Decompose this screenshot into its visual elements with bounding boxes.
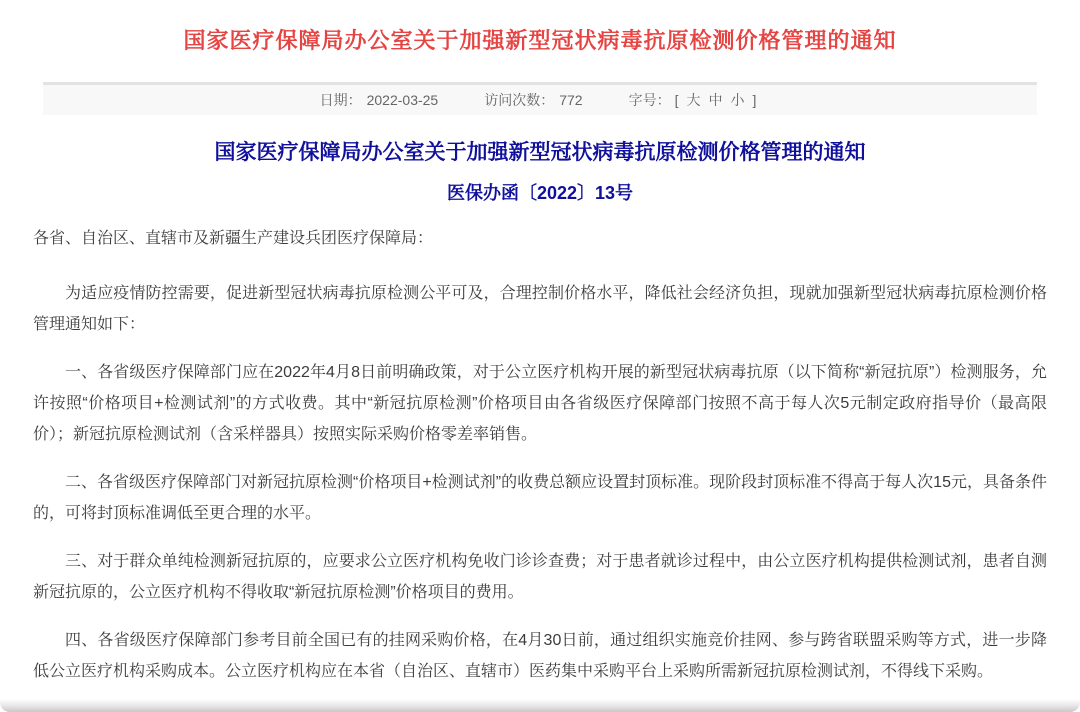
- date-label: 日期：: [320, 90, 362, 110]
- page-title: 国家医疗保障局办公室关于加强新型冠状病毒抗原检测价格管理的通知: [40, 26, 1040, 56]
- paragraph-intro: 为适应疫情防控需要，促进新型冠状病毒抗原检测公平可及，合理控制价格水平，降低社会…: [33, 278, 1047, 340]
- font-size-small-button[interactable]: 小: [730, 90, 744, 110]
- font-size-control: 字号： [ 大 中 小 ]: [629, 90, 761, 110]
- date-value: 2022-03-25: [367, 92, 439, 108]
- font-size-large-button[interactable]: 大: [686, 90, 700, 110]
- paragraph-item-2: 二、各省级医疗保障部门对新冠抗原检测“价格项目+检测试剂”的收费总额应设置封顶标…: [33, 467, 1047, 529]
- notice-page: 国家医疗保障局办公室关于加强新型冠状病毒抗原检测价格管理的通知 日期：2022-…: [0, 0, 1080, 712]
- bracket-open: [: [675, 92, 679, 108]
- paragraph-item-4: 四、各省级医疗保障部门参考目前全国已有的挂网采购价格，在4月30日前，通过组织实…: [33, 625, 1047, 687]
- paragraph-item-1: 一、各省级医疗保障部门应在2022年4月8日前明确政策，对于公立医疗机构开展的新…: [33, 357, 1047, 450]
- salutation: 各省、自治区、直辖市及新疆生产建设兵团医疗保障局：: [33, 223, 1047, 254]
- document-number: 医保办函〔2022〕13号: [60, 181, 1020, 205]
- visits-value: 772: [559, 92, 582, 108]
- paragraph-item-3: 三、对于群众单纯检测新冠抗原的，应要求公立医疗机构免收门诊诊查费；对于患者就诊过…: [33, 546, 1047, 608]
- bracket-close: ]: [752, 92, 756, 108]
- font-size-medium-button[interactable]: 中: [708, 90, 722, 110]
- meta-bar: 日期：2022-03-25 访问次数：772 字号： [ 大 中 小 ]: [43, 82, 1037, 115]
- visits-label: 访问次数：: [484, 90, 554, 110]
- document-body: 各省、自治区、直辖市及新疆生产建设兵团医疗保障局： 为适应疫情防控需要，促进新型…: [33, 223, 1047, 687]
- visit-count: 访问次数：772: [484, 90, 582, 110]
- fontsize-label: 字号：: [629, 90, 671, 110]
- document-title: 国家医疗保障局办公室关于加强新型冠状病毒抗原检测价格管理的通知: [60, 139, 1020, 167]
- window-bottom-shadow: [0, 699, 1080, 712]
- publish-date: 日期：2022-03-25: [320, 90, 439, 110]
